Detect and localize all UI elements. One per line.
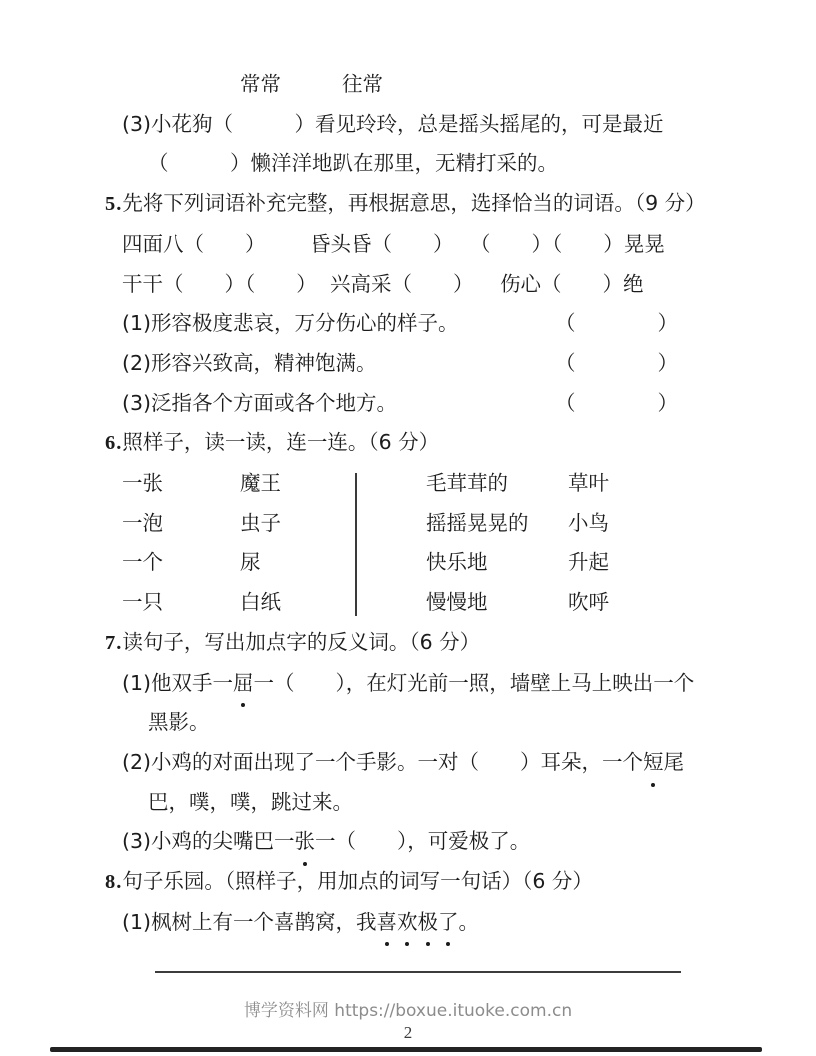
word-bank-option-1: 常常 <box>240 65 281 105</box>
q7-item3-line1: (3)小鸡的尖嘴巴一张一（ ），可爱极了。 <box>122 822 776 862</box>
q7-item1-line2: 黑影。 <box>148 703 776 743</box>
q5-fill-item: 昏头昏（ ） <box>310 225 470 265</box>
q6-noun: 尿 <box>240 543 261 583</box>
q6-left-row: 一张 魔王 <box>122 464 355 504</box>
q5-definition-text: (1)形容极度悲哀，万分伤心的样子。 <box>122 304 459 344</box>
q6-word: 吹呼 <box>568 583 609 623</box>
q6-right-row: 摇摇晃晃的 小鸟 <box>426 504 609 544</box>
q6-word: 小鸟 <box>568 504 609 544</box>
q6-noun: 白纸 <box>240 583 281 623</box>
q5-title: 5.先将下列词语补充完整，再根据意思，选择恰当的词语。（9 分） <box>105 184 776 225</box>
q6-left-column: 一张 魔王 一泡 虫子 一个 尿 一只 白纸 <box>122 464 355 623</box>
q6-word: 升起 <box>568 543 609 583</box>
emphasized-char: 喜 <box>377 903 398 943</box>
q5-definition-1: (1)形容极度悲哀，万分伤心的样子。 （ ） <box>122 304 678 344</box>
q6-modifier: 快乐地 <box>426 543 568 583</box>
q4-item3-line1: (3)小花狗（ ）看见玲玲，总是摇头摇尾的，可是最近 <box>122 105 776 145</box>
q5-fill-row2: 干干（ ）（ ） 兴高采（ ） 伤心（ ）绝 <box>122 265 776 305</box>
q8-title: 8.句子乐园。（照样子，用加点的词写一句话）（6 分） <box>105 862 776 903</box>
q6-measure-word: 一泡 <box>122 504 240 544</box>
q5-fill-item: （ ）（ ）晃晃 <box>470 225 665 265</box>
q8-title-text: 句子乐园。（照样子，用加点的词写一句话）（6 分） <box>122 869 593 893</box>
q5-number: 5. <box>105 193 122 215</box>
q5-definition-text: (2)形容兴致高，精神饱满。 <box>122 344 377 384</box>
q8-number: 8. <box>105 871 122 893</box>
q6-left-row: 一个 尿 <box>122 543 355 583</box>
q5-fill-item: 伤心（ ）绝 <box>500 265 644 305</box>
q5-answer-blank: （ ） <box>555 344 678 384</box>
worksheet-page: 常常 往常 (3)小花狗（ ）看见玲玲，总是摇头摇尾的，可是最近 （ ）懒洋洋地… <box>0 0 816 942</box>
footer-watermark: 博学资料网 https://boxue.ituoke.com.cn <box>0 1000 816 1022</box>
q5-fill-row1: 四面八（ ） 昏头昏（ ） （ ）（ ）晃晃 <box>122 225 776 265</box>
emphasized-char: 极 <box>418 903 439 943</box>
q7-item2-line1: (2)小鸡的对面出现了一个手影。一对（ ）耳朵，一个短尾 <box>122 743 776 783</box>
q6-left-row: 一泡 虫子 <box>122 504 355 544</box>
q7-title: 7.读句子，写出加点字的反义词。（6 分） <box>105 623 776 664</box>
page-bottom-edge <box>50 1047 762 1052</box>
q6-modifier: 慢慢地 <box>426 583 568 623</box>
emphasized-char: 屈 <box>233 664 254 704</box>
q6-title: 6.照样子，读一读，连一连。（6 分） <box>105 423 776 464</box>
emphasized-char: 张 <box>295 822 316 862</box>
q6-measure-word: 一只 <box>122 583 240 623</box>
q6-right-row: 毛茸茸的 草叶 <box>426 464 609 504</box>
q6-right-row: 快乐地 升起 <box>426 543 609 583</box>
q5-definition-2: (2)形容兴致高，精神饱满。 （ ） <box>122 344 678 384</box>
q6-matching-exercise: 一张 魔王 一泡 虫子 一个 尿 一只 白纸 毛茸茸的 草叶 摇摇晃晃 <box>122 464 776 623</box>
q7-title-text: 读句子，写出加点字的反义词。（6 分） <box>122 630 480 654</box>
q6-right-row: 慢慢地 吹呼 <box>426 583 609 623</box>
q5-fill-item: 兴高采（ ） <box>330 265 500 305</box>
q5-definition-text: (3)泛指各个方面或各个地方。 <box>122 384 397 424</box>
page-number: 2 <box>0 1022 816 1044</box>
emphasized-char: 欢 <box>397 903 418 943</box>
q6-noun: 魔王 <box>240 464 281 504</box>
q6-right-column: 毛茸茸的 草叶 摇摇晃晃的 小鸟 快乐地 升起 慢慢地 吹呼 <box>357 464 609 623</box>
q6-title-text: 照样子，读一读，连一连。（6 分） <box>122 430 439 454</box>
emphasized-char: 了 <box>438 903 459 943</box>
q4-item3-line2: （ ）懒洋洋地趴在那里，无精打采的。 <box>148 144 776 184</box>
q8-item1-line1: (1)枫树上有一个喜鹊窝，我喜欢极了。 <box>122 903 776 943</box>
q7-number: 7. <box>105 632 122 654</box>
emphasized-char: 短 <box>643 743 664 783</box>
q6-word: 草叶 <box>568 464 609 504</box>
q6-number: 6. <box>105 432 122 454</box>
q7-item2-line2: 巴，噗，噗，跳过来。 <box>148 783 776 823</box>
q5-fill-item: 四面八（ ） <box>122 225 310 265</box>
q5-answer-blank: （ ） <box>555 384 678 424</box>
q6-measure-word: 一张 <box>122 464 240 504</box>
q6-modifier: 摇摇晃晃的 <box>426 504 568 544</box>
q5-answer-blank: （ ） <box>555 304 678 344</box>
word-bank: 常常 往常 <box>240 65 776 105</box>
q6-left-row: 一只 白纸 <box>122 583 355 623</box>
q6-modifier: 毛茸茸的 <box>426 464 568 504</box>
footer-divider-line <box>155 971 681 973</box>
q6-measure-word: 一个 <box>122 543 240 583</box>
q5-definition-3: (3)泛指各个方面或各个地方。 （ ） <box>122 384 678 424</box>
q7-item1-line1: (1)他双手一屈一（ ），在灯光前一照，墙壁上马上映出一个 <box>122 664 776 704</box>
q5-fill-item: 干干（ ）（ ） <box>122 265 330 305</box>
q5-title-text: 先将下列词语补充完整，再根据意思，选择恰当的词语。（9 分） <box>122 191 705 215</box>
word-bank-option-2: 往常 <box>342 65 383 105</box>
q6-noun: 虫子 <box>240 504 281 544</box>
